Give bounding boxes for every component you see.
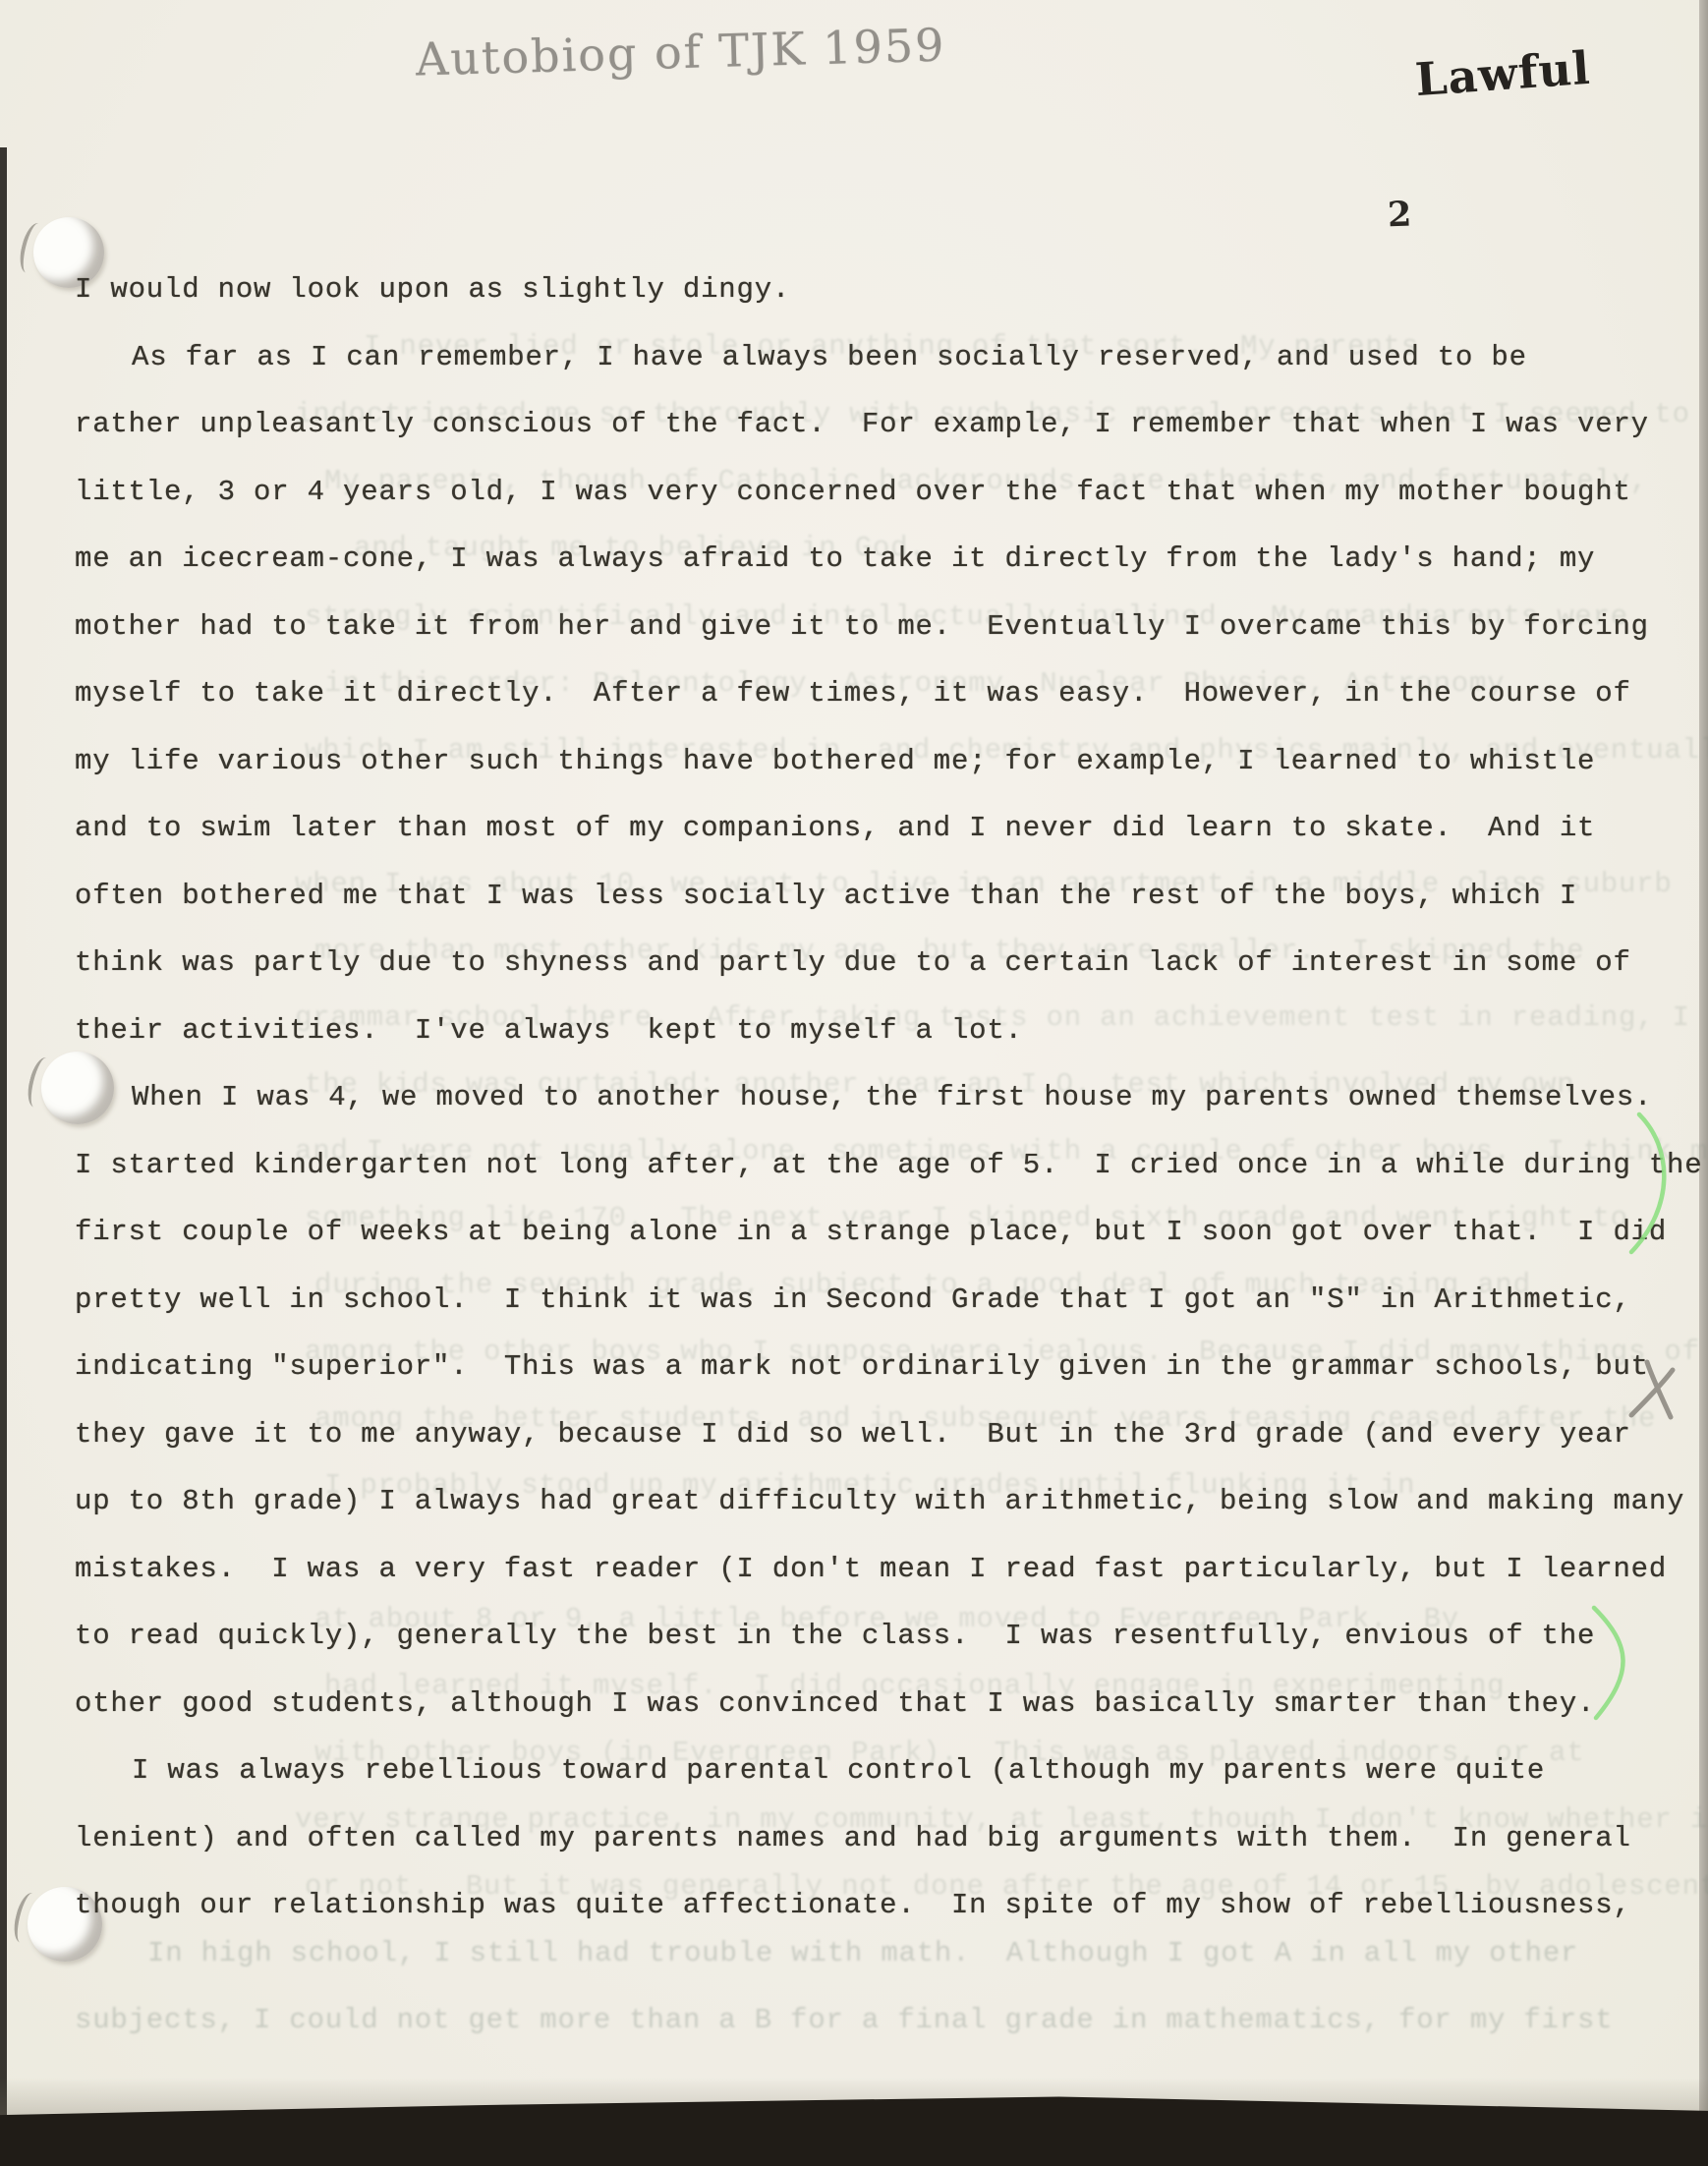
- bleedthrough-line: indoctrinated me so thoroughly with such…: [295, 398, 1708, 430]
- bleedthrough-line: more than most other kids my age, but th…: [314, 935, 1584, 967]
- bleedthrough-line: or not. But it was generally not done af…: [305, 1870, 1708, 1903]
- bleedthrough-line: and I were not usually alone, sometimes …: [295, 1135, 1708, 1168]
- bleedthrough-line: which I am still interested in, and chem…: [305, 734, 1708, 767]
- bleedthrough-line: subjects, I could not get more than a B …: [75, 2004, 1613, 2036]
- bleedthrough-line: when I was about 10, we went to live in …: [295, 868, 1673, 900]
- bleedthrough-line: among the other boys who I suppose were …: [305, 1336, 1700, 1368]
- bleedthrough-line: had learned it myself. I did occasionall…: [324, 1670, 1505, 1702]
- bleedthrough-line: strongly scientifically and intellectual…: [305, 600, 1628, 633]
- bleedthrough-line: something like 170. The next year I skip…: [305, 1202, 1628, 1234]
- bleedthrough-text: I never lied or stole or anything of tha…: [0, 0, 1708, 2166]
- bleedthrough-line: among the better students, and in subseq…: [314, 1402, 1656, 1435]
- bleedthrough-line: grammar school there. After taking tests…: [295, 1001, 1708, 1034]
- bleedthrough-line: with other boys (in Evergreen Park). Thi…: [314, 1737, 1584, 1769]
- bleedthrough-line: in this order: Paleontology, Astronomy, …: [324, 667, 1505, 700]
- bleedthrough-line: during the seventh grade, subject to a g…: [314, 1269, 1531, 1301]
- bleedthrough-line: My parents, though of Catholic backgroun…: [324, 465, 1648, 497]
- bleedthrough-line: I probably stood up my arithmetic grades…: [324, 1469, 1415, 1502]
- bleedthrough-line: and taught me to believe in God.: [354, 532, 927, 564]
- bleedthrough-line: the kids was curtailed; another year an …: [305, 1068, 1574, 1101]
- bleedthrough-line: In high school, I still had trouble with…: [147, 1937, 1578, 1969]
- page-scan: Autobiog of TJK 1959 Lawful 2 I would no…: [0, 0, 1708, 2166]
- bleedthrough-line: very strange practice, in my community, …: [295, 1803, 1708, 1836]
- bleedthrough-line: at about 8 or 9, a little before we move…: [314, 1603, 1459, 1635]
- bleedthrough-line: I never lied or stole or anything of tha…: [364, 330, 1419, 363]
